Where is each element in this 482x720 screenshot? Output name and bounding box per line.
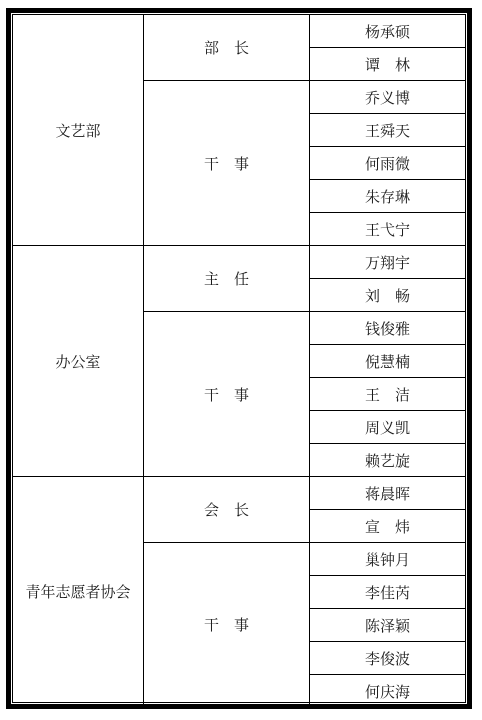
member-cell: 何庆海 (310, 675, 466, 708)
member-cell: 杨承硕 (310, 15, 466, 48)
table-row: 办公室 主 任 万翔宇 (13, 246, 465, 279)
department-cell: 办公室 (13, 246, 144, 477)
roster-table: 文艺部 部 长 杨承硕 谭 林 干 事 乔义博 王舜天 何雨微 (13, 15, 465, 708)
member-cell: 陈泽颖 (310, 609, 466, 642)
member-cell: 王舜天 (310, 114, 466, 147)
member-cell: 宣 炜 (310, 510, 466, 543)
member-cell: 万翔宇 (310, 246, 466, 279)
table-row: 文艺部 部 长 杨承硕 (13, 15, 465, 48)
table-row: 青年志愿者协会 会 长 蒋晨晖 (13, 477, 465, 510)
role-cell: 会 长 (144, 477, 310, 543)
role-cell: 干 事 (144, 312, 310, 477)
member-cell: 巢钟月 (310, 543, 466, 576)
member-cell: 钱俊雅 (310, 312, 466, 345)
member-cell: 蒋晨晖 (310, 477, 466, 510)
member-cell: 谭 林 (310, 48, 466, 81)
role-cell: 干 事 (144, 543, 310, 708)
member-cell: 王 洁 (310, 378, 466, 411)
member-cell: 倪慧楠 (310, 345, 466, 378)
member-cell: 周义凯 (310, 411, 466, 444)
department-cell: 青年志愿者协会 (13, 477, 144, 708)
member-cell: 赖艺旋 (310, 444, 466, 477)
role-cell: 部 长 (144, 15, 310, 81)
member-cell: 李佳芮 (310, 576, 466, 609)
member-cell: 朱存琳 (310, 180, 466, 213)
member-cell: 王弋宁 (310, 213, 466, 246)
role-cell: 干 事 (144, 81, 310, 246)
department-cell: 文艺部 (13, 15, 144, 246)
member-cell: 乔义博 (310, 81, 466, 114)
roster-table-inner-border: 文艺部 部 长 杨承硕 谭 林 干 事 乔义博 王舜天 何雨微 (12, 14, 466, 703)
member-cell: 何雨微 (310, 147, 466, 180)
roster-table-frame: 文艺部 部 长 杨承硕 谭 林 干 事 乔义博 王舜天 何雨微 (6, 8, 472, 709)
member-cell: 李俊波 (310, 642, 466, 675)
role-cell: 主 任 (144, 246, 310, 312)
member-cell: 刘 畅 (310, 279, 466, 312)
